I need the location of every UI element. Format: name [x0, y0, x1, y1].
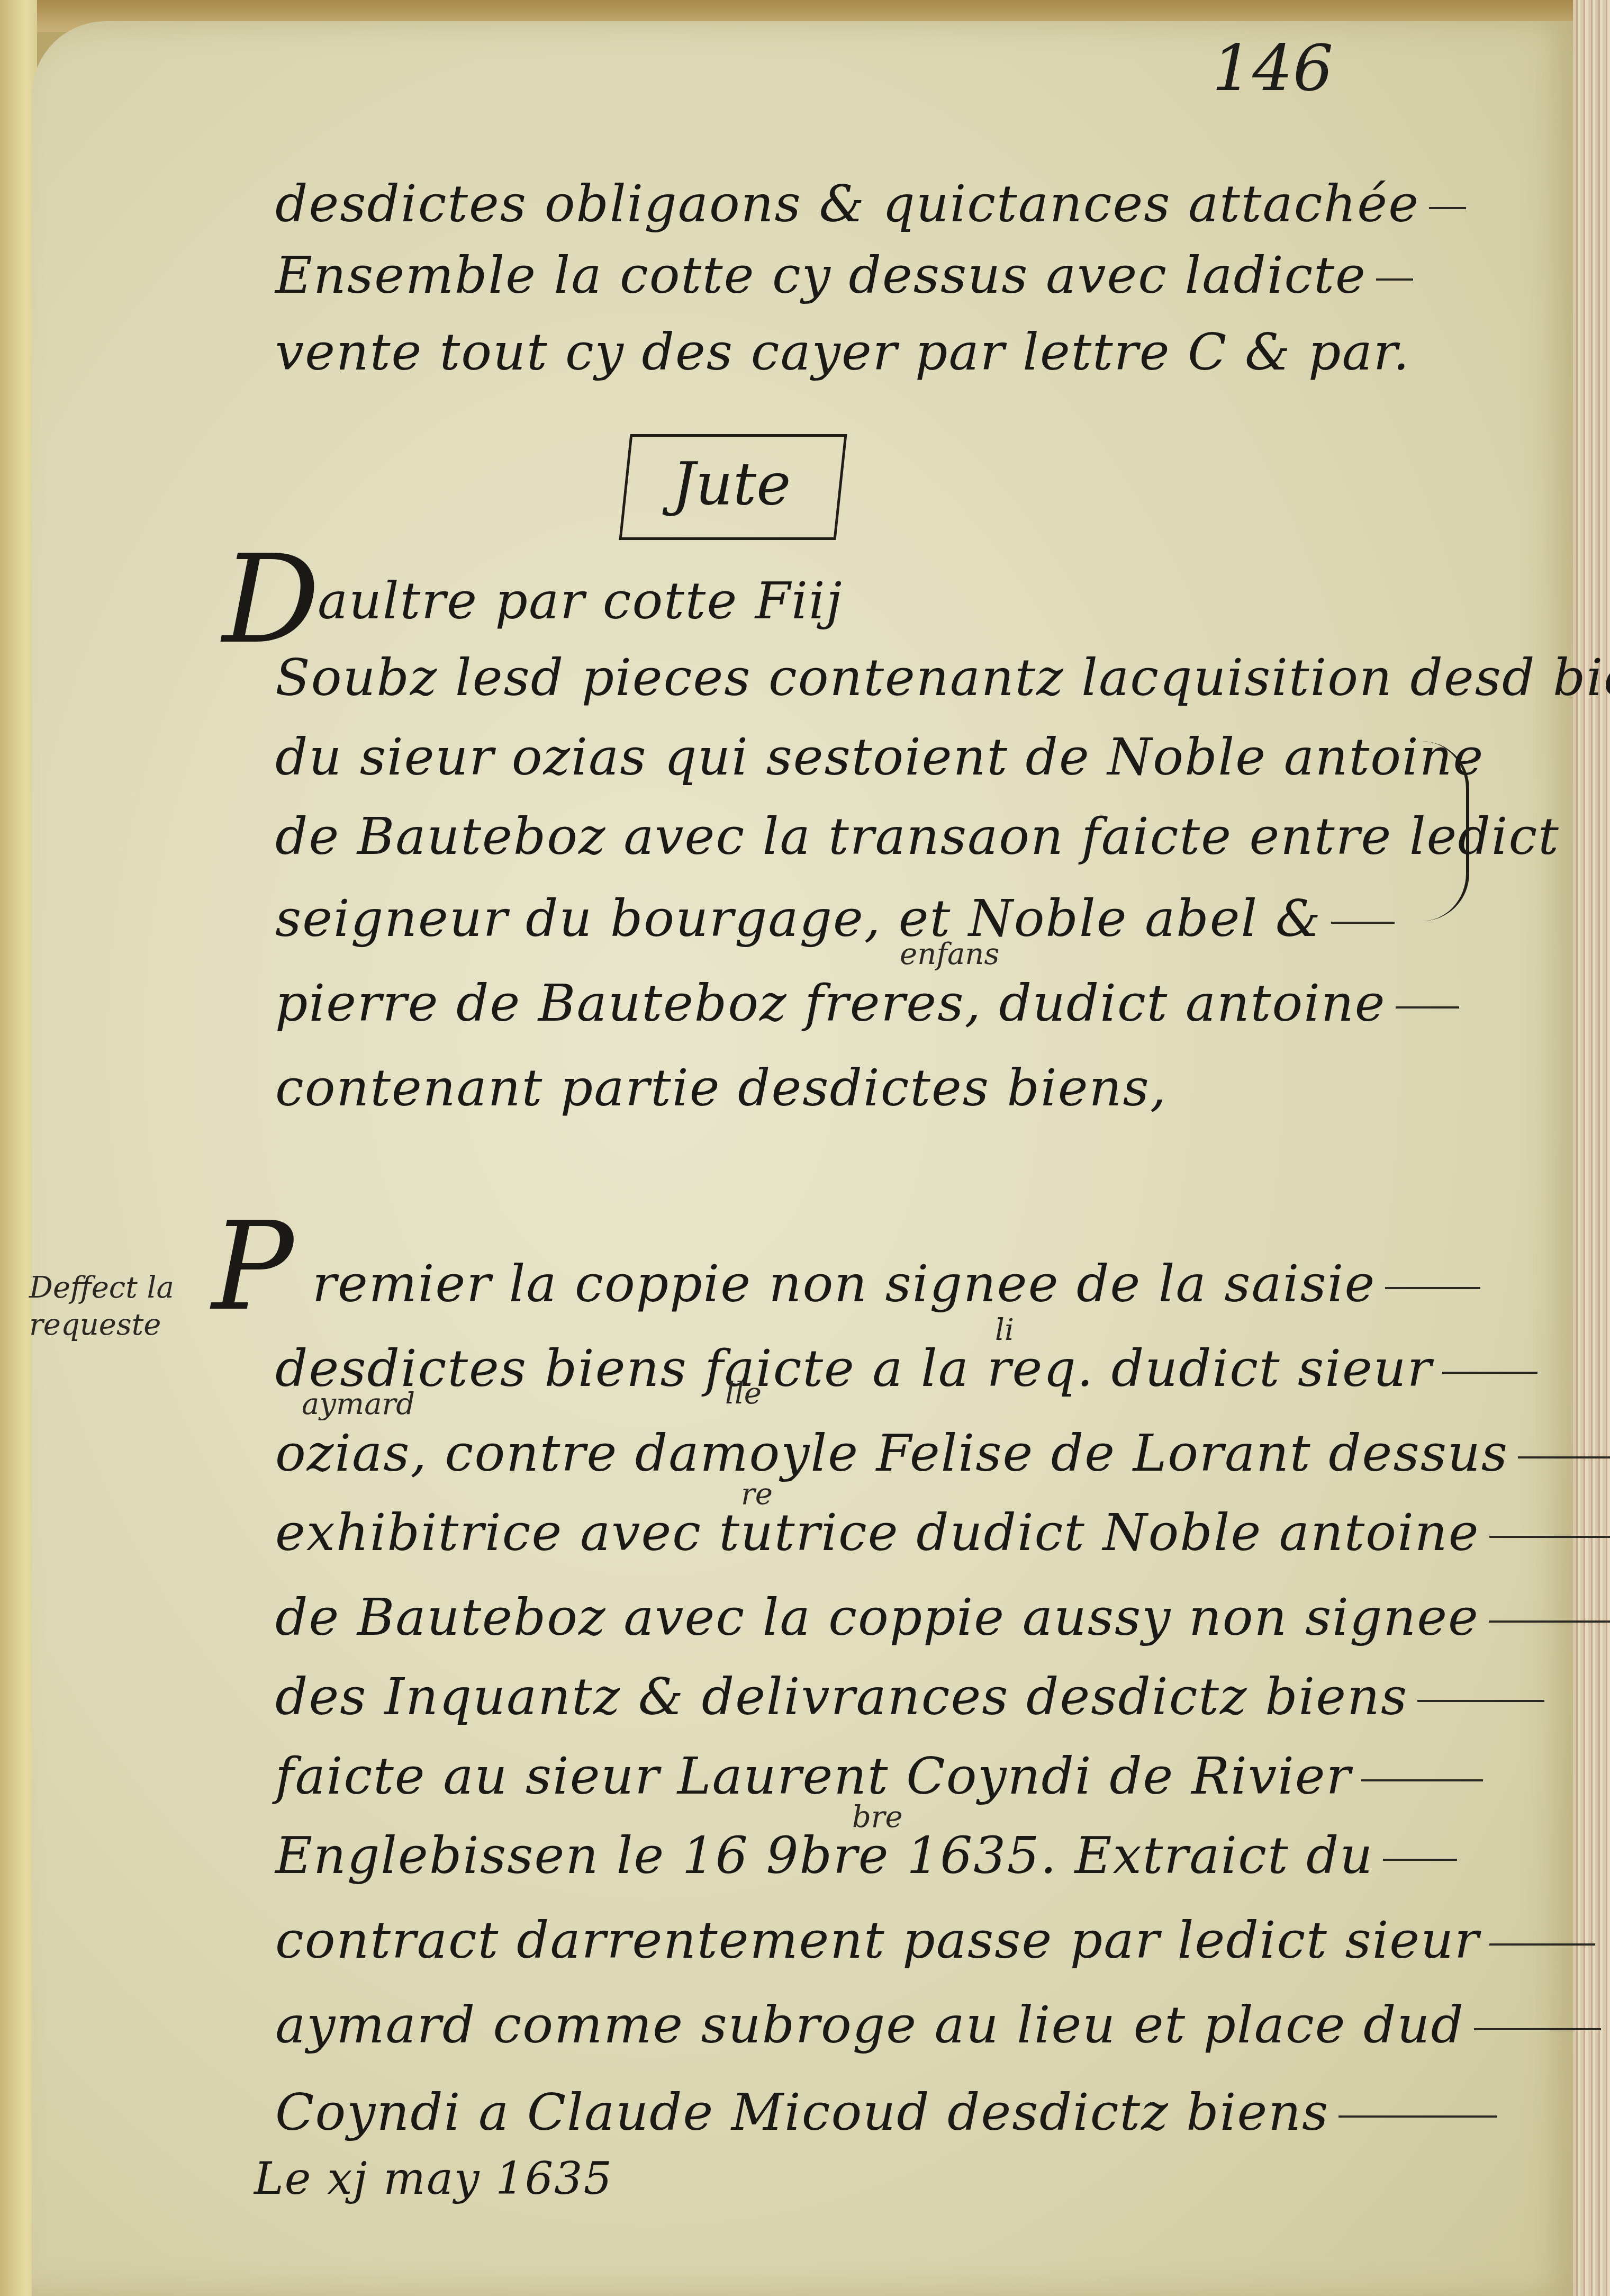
line-text: Ensemble la cotte cy dessus avec ladicte	[275, 246, 1367, 305]
text-line: Englebissen le 16 9bre 1635. Extraict du	[275, 1826, 1457, 1885]
line-filler	[1489, 1620, 1610, 1623]
closing-date: Le xj may 1635	[254, 2149, 613, 2208]
text-line: aymard comme subroge au lieu et place du…	[275, 1996, 1601, 2054]
interlinear-note: enfans	[900, 937, 999, 971]
line-text: aymard comme subroge au lieu et place du…	[275, 1995, 1464, 2055]
section-heading: Jute	[672, 450, 791, 518]
line-text: seigneur du bourgage, et Noble abel &	[275, 889, 1322, 948]
initial-letter: P	[212, 1196, 294, 1338]
text-line: contenant partie desdictes biens,	[275, 1059, 1167, 1117]
line-text: contenant partie desdictes biens,	[275, 1058, 1167, 1118]
line-filler	[1396, 1006, 1459, 1009]
text-line: desdictes obligaons & quictances attaché…	[275, 175, 1466, 233]
text-line: de Bauteboz avec la coppie aussy non sig…	[275, 1588, 1610, 1646]
line-filler	[1417, 1700, 1544, 1702]
line-text: exhibitrice avec tutrice dudict Noble an…	[275, 1503, 1480, 1562]
text-line: ozias, contre damoyle Felise de Lorant d…	[275, 1424, 1610, 1482]
bracket-mark	[1403, 741, 1469, 921]
text-line: du sieur ozias qui sestoient de Noble an…	[275, 728, 1484, 786]
line-text: desdictes obligaons & quictances attaché…	[275, 174, 1419, 233]
interlinear-note: aymard	[302, 1387, 415, 1421]
line-filler	[1385, 1287, 1480, 1289]
text-line: faicte au sieur Laurent Coyndi de Rivier	[275, 1747, 1483, 1805]
text-line: Soubz lesd pieces contenantz lacquisitio…	[275, 649, 1610, 707]
line-filler	[1474, 2028, 1601, 2030]
text-line: vente tout cy des cayer par lettre C & p…	[275, 323, 1410, 381]
text-line: contract darrentement passe par ledict s…	[275, 1911, 1595, 1969]
line-filler	[1429, 207, 1466, 209]
text-line: des Inquantz & delivrances desdictz bien…	[275, 1668, 1544, 1726]
text-line: desdictes biens faicte a la req. dudict …	[275, 1339, 1537, 1398]
line-text: ozias, contre damoyle Felise de Lorant d…	[275, 1424, 1508, 1483]
margin-note-line: Deffect la	[29, 1271, 174, 1305]
line-text: contract darrentement passe par ledict s…	[275, 1911, 1480, 1970]
line-text: aultre par cotte Fiij	[318, 571, 843, 631]
line-filler	[1383, 1859, 1457, 1861]
line-filler	[1518, 1456, 1610, 1458]
line-text: du sieur ozias qui sestoient de Noble an…	[275, 727, 1484, 787]
line-filler	[1331, 922, 1395, 924]
line-filler	[1338, 2115, 1497, 2118]
line-text: de Bauteboz avec la coppie aussy non sig…	[275, 1588, 1479, 1647]
margin-note-line: requeste	[29, 1308, 161, 1342]
text-line: de Bauteboz avec la transaon faicte entr…	[275, 807, 1560, 866]
line-text: remier la coppie non signee de la saisie	[312, 1254, 1376, 1313]
line-text: desdictes biens faicte a la req. dudict …	[275, 1339, 1433, 1398]
text-line: remier la coppie non signee de la saisie	[312, 1255, 1480, 1313]
line-text: pierre de Bauteboz freres, dudict antoin…	[275, 974, 1386, 1033]
line-text: vente tout cy des cayer par lettre C & p…	[275, 322, 1410, 382]
line-text: Englebissen le 16 9bre 1635. Extraict du	[275, 1826, 1373, 1885]
line-text: Coyndi a Claude Micoud desdictz biens	[275, 2083, 1329, 2142]
folio-number: 146	[1212, 32, 1333, 105]
text-line: seigneur du bourgage, et Noble abel &	[275, 889, 1395, 948]
line-text: Soubz lesd pieces contenantz lacquisitio…	[275, 648, 1610, 707]
text-line: Ensemble la cotte cy dessus avec ladicte	[275, 246, 1413, 304]
line-filler	[1442, 1372, 1537, 1374]
line-text: des Inquantz & delivrances desdictz bien…	[275, 1667, 1408, 1726]
text-line: pierre de Bauteboz freres, dudict antoin…	[275, 974, 1459, 1032]
text-line: Coyndi a Claude Micoud desdictz biens	[275, 2083, 1497, 2141]
line-text: de Bauteboz avec la transaon faicte entr…	[275, 807, 1560, 866]
line-filler	[1361, 1779, 1483, 1781]
line-filler	[1376, 278, 1413, 281]
line-filler	[1489, 1536, 1610, 1538]
text-line: aultre par cotte Fiij	[318, 572, 843, 630]
line-filler	[1489, 1943, 1595, 1946]
interlinear-note: lle	[725, 1376, 762, 1411]
line-text: faicte au sieur Laurent Coyndi de Rivier	[275, 1746, 1352, 1806]
text-line: exhibitrice avec tutrice dudict Noble an…	[275, 1503, 1610, 1562]
